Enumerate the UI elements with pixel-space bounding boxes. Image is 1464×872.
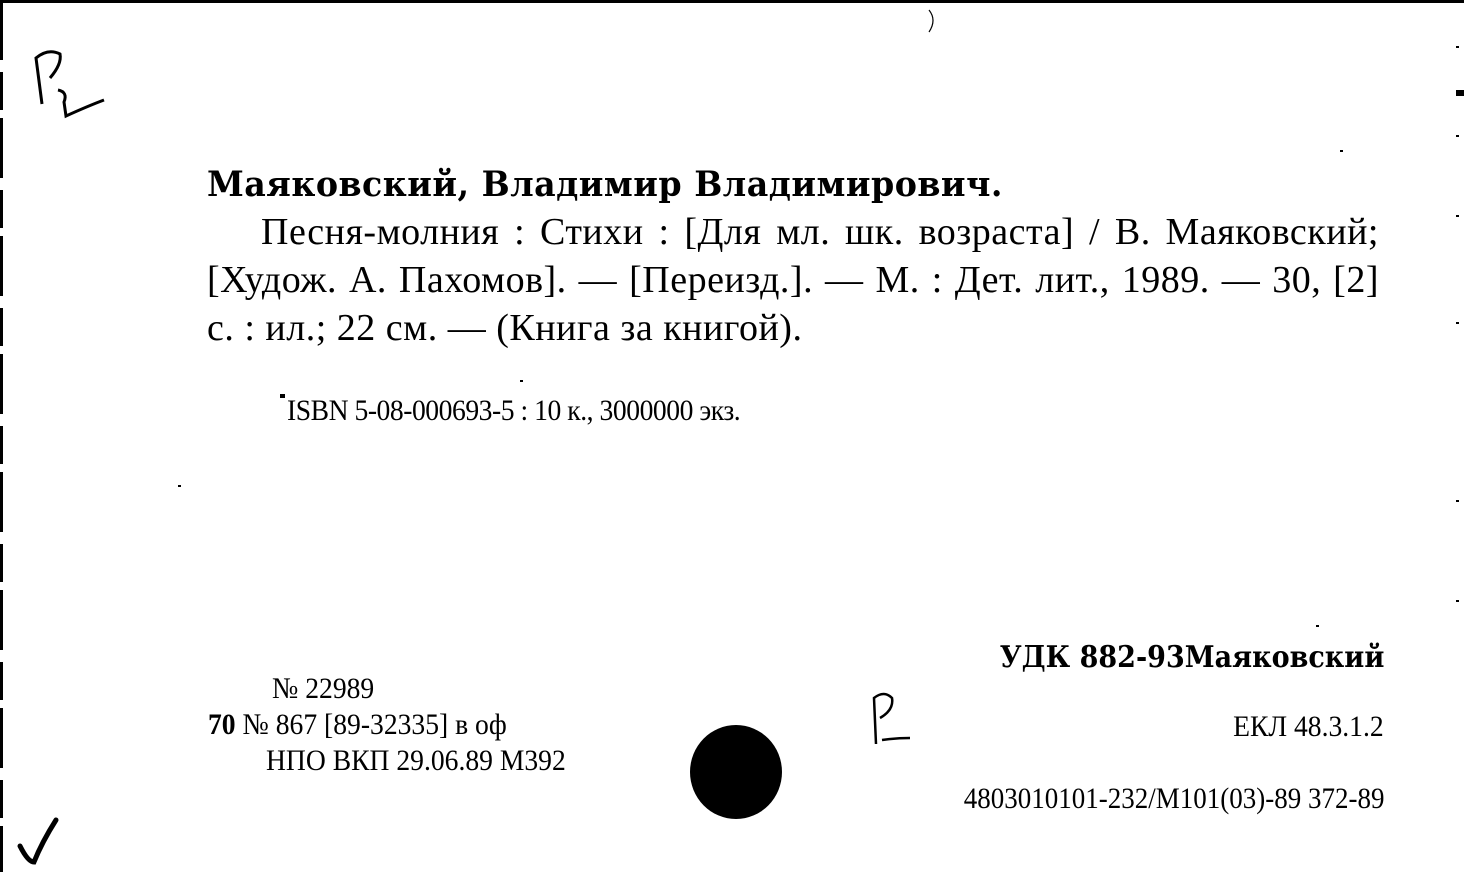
card-top-border [0,0,1464,3]
print-line-prefix: 70 [208,708,236,741]
catalog-code: 4803010101-232/М101(03)-89 372-89 [963,782,1384,816]
bibliographic-description: Песня-молния : Стихи : [Для мл. шк. возр… [207,208,1379,352]
handwritten-p2-mark-icon [28,44,108,120]
udk-code: УДК 882-93Маяковский [999,640,1384,675]
printer-line: НПО ВКП 29.06.89 М392 [266,744,566,778]
handwritten-p-mark-icon [870,688,920,748]
ekl-code: ЕКЛ 48.3.1.2 [1233,710,1384,744]
order-number: № 22989 [272,672,374,706]
isbn-marker [280,394,285,398]
author-heading: Маяковский, Владимир Владимирович. [207,164,1003,205]
print-line-rest: № 867 [89-32335] в оф [243,708,507,741]
isbn-line: ISBN 5-08-000693-5 : 10 к., 3000000 экз. [287,394,740,428]
card-left-border [0,0,3,872]
punch-hole [690,725,782,819]
handwritten-checkmark-icon [14,812,64,868]
print-line: 70 № 867 [89-32335] в оф [208,708,507,742]
stray-mark-icon [925,8,939,34]
